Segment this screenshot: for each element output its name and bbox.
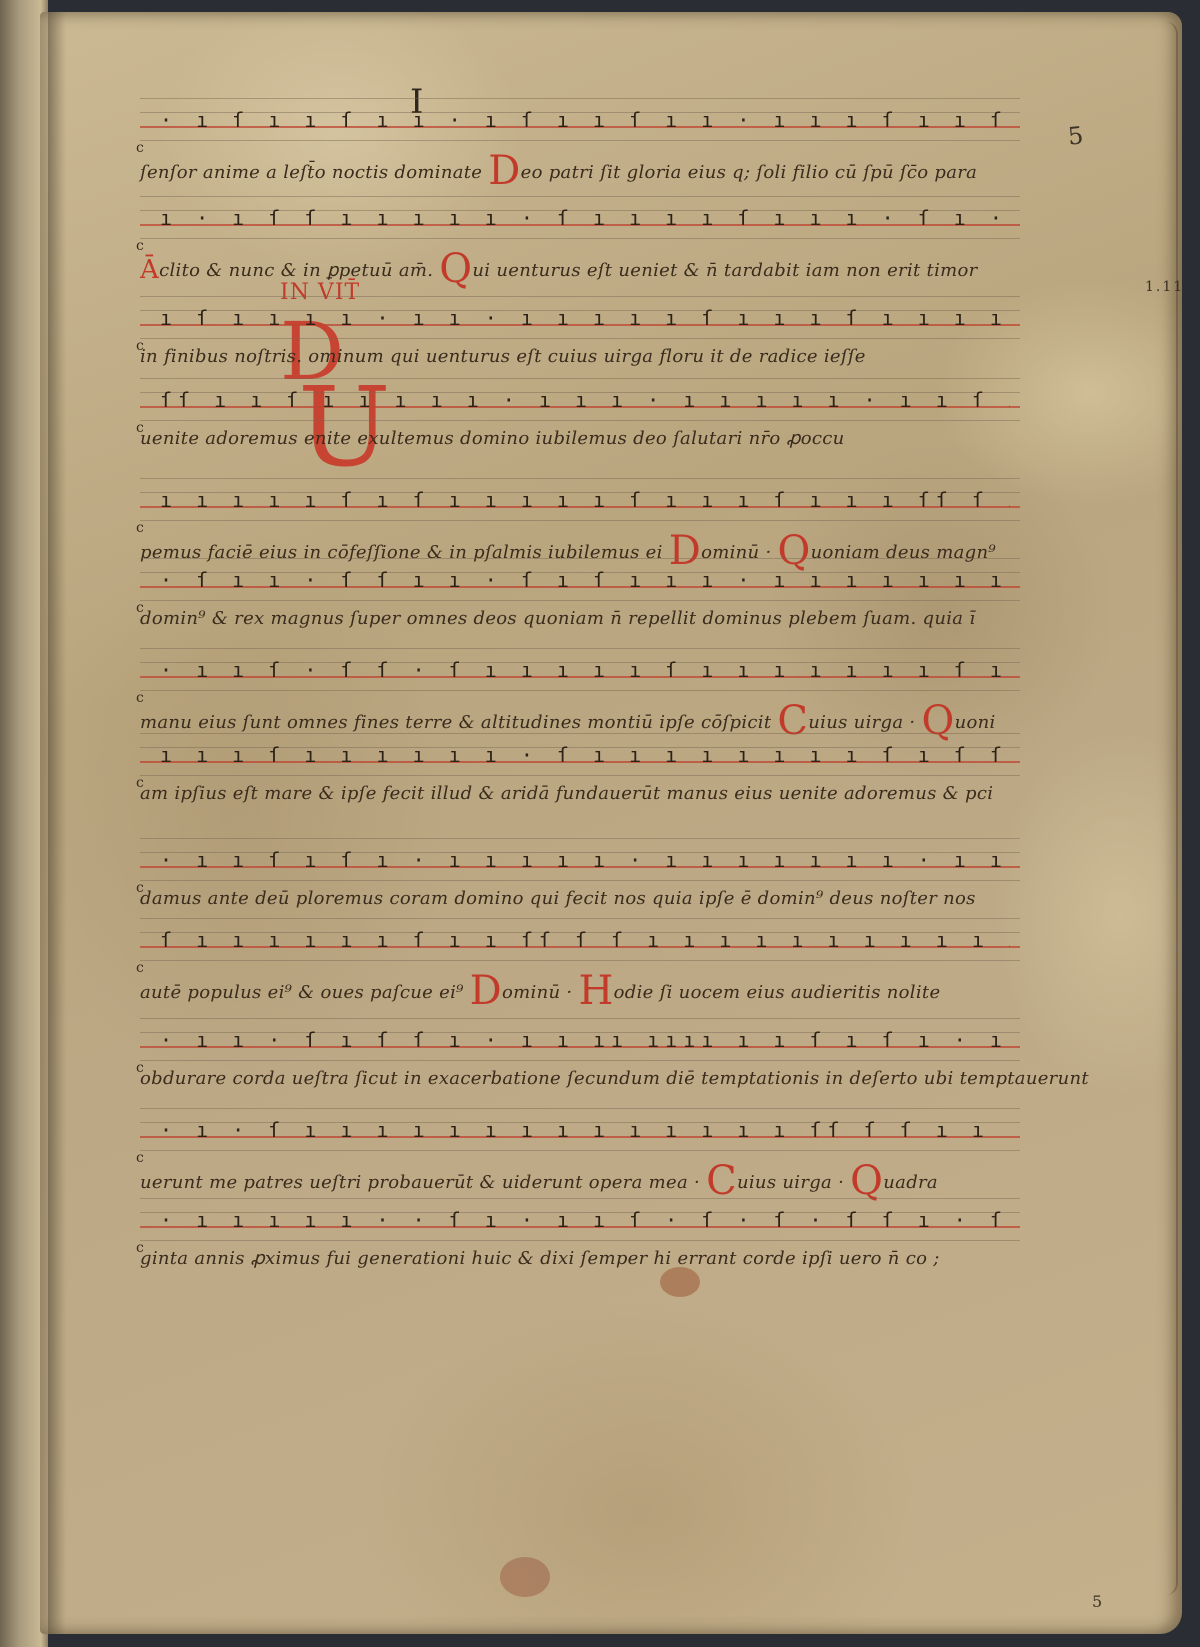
staff-line [140, 1018, 1020, 1019]
staff-line [140, 1240, 1020, 1241]
staff-line [140, 690, 1020, 691]
staff-system: cı ı ı ı ı ſ ı ſ ı ı ı ı ı ſ ı ı ı ſ ı ı… [140, 470, 1020, 560]
gutter-shadow [48, 12, 66, 1634]
neume-notation: · ı ſ ı ı ſ ı ı · ı ſ ı ı ſ ı ı · ı ı ı … [160, 108, 1010, 132]
lyric-text: autē populus ei⁹ & oues paſcue ei⁹ Domin… [140, 968, 1020, 1014]
lyric-segment: ui uenturus eſt ueniet & n̄ tardabit iam… [472, 260, 977, 281]
neume-notation: · ı · ſ ı ı ı ı ı ı ı ı ı ı ı ı ı ı ſſ ſ… [160, 1118, 1010, 1142]
stain [500, 1557, 550, 1597]
neume-notation: · ı ı ſ · ſ ſ · ſ ı ı ı ı ı ſ ı ı ı ı ı … [160, 658, 1010, 682]
lyric-segment: enite exultemus domino iubilemus deo ſal… [304, 428, 845, 449]
lyric-segment: uenite adoremus [140, 428, 304, 449]
staff-line [140, 775, 1020, 776]
neume-notation: · ſ ı ı · ſ ſ ı ı · ſ ı ſ ı ı ı · ı ı ı … [160, 568, 1010, 592]
lyric-text: in finibus noſtris. ominum qui uenturus … [140, 346, 1020, 367]
lyric-segment: eo patri ſit gloria eius q; ſoli filio c… [521, 162, 978, 183]
staff-line [140, 558, 1020, 559]
staff-line [140, 420, 1020, 421]
staff-line [140, 478, 1020, 479]
lyric-segment: ominū · [502, 982, 578, 1003]
staff-line [140, 196, 1020, 197]
initial-letter: Ā [140, 255, 159, 285]
staff-system: cı ſ ı ı ı ı · ı ı · ı ı ı ı ı ſ ı ı ı ſ… [140, 288, 1020, 378]
staff-line [140, 1108, 1020, 1109]
page-edge [1166, 22, 1178, 1595]
staff-line [140, 733, 1020, 734]
lyric-text: Āclito & nunc & in ꝑpetuū am̄. Qui uentu… [140, 246, 1020, 292]
manuscript-page: 5 5 1.11. I IN VIT̄ D U c· ı ſ ı ı ſ ı ı… [40, 12, 1182, 1634]
lyric-text: domin⁹ & rex magnus ſuper omnes deos quo… [140, 608, 1020, 629]
staff-line [140, 98, 1020, 99]
neume-notation: ı · ı ſ ſ ı ı ı ı ı · ſ ı ı ı ı ſ ı ı ı … [160, 206, 1010, 230]
staff-system: cı ı ı ſ ı ı ı ı ı ı · ſ ı ı ı ı ı ı ı ı… [140, 725, 1020, 815]
staff-system: c· ı ı ſ ı ſ ı · ı ı ı ı ı · ı ı ı ı ı ı… [140, 830, 1020, 920]
neume-notation: ı ſ ı ı ı ı · ı ı · ı ı ı ı ı ſ ı ı ı ſ … [160, 306, 1010, 330]
neume-notation: ſ ı ı ı ı ı ı ſ ı ı ſſ ſ ſ ı ı ı ı ı ı ı… [160, 928, 1010, 952]
staff-system: cſſ ı ı ſ ı ı ı ı ı · ı ı ı · ı ı ı ı ı … [140, 370, 1020, 460]
staff-line [140, 140, 1020, 141]
lyric-text: obdurare corda ueſtra ſicut in exacerbat… [140, 1068, 1020, 1089]
lyric-text: damus ante deū ploremus coram domino qui… [140, 888, 1020, 909]
staff-system: cſ ı ı ı ı ı ı ſ ı ı ſſ ſ ſ ı ı ı ı ı ı … [140, 910, 1020, 1000]
lyric-segment: domin⁹ & rex magnus ſuper omnes deos quo… [140, 608, 975, 629]
neume-notation: ı ı ı ı ı ſ ı ſ ı ı ı ı ı ſ ı ı ı ſ ı ı … [160, 488, 1010, 512]
pencil-annotation: 1.11. [1145, 279, 1191, 295]
neume-notation: ı ı ı ſ ı ı ı ı ı ı · ſ ı ı ı ı ı ı ı ı … [160, 743, 1010, 767]
initial-letter: D [470, 968, 502, 1014]
staff-line [140, 600, 1020, 601]
staff-line [140, 918, 1020, 919]
neume-notation: · ı ı · ſ ı ſ ſ ı · ı ı ıı ıııı ı ı ſ ı … [160, 1028, 1010, 1052]
initial-letter: H [578, 968, 613, 1014]
staff-line [140, 1060, 1020, 1061]
neume-notation: · ı ı ſ ı ſ ı · ı ı ı ı ı · ı ı ı ı ı ı … [160, 848, 1010, 872]
staff-line [140, 1150, 1020, 1151]
staff-line [140, 338, 1020, 339]
staff-system: c· ı ſ ı ı ſ ı ı · ı ſ ı ı ſ ı ı · ı ı ı… [140, 90, 1020, 180]
folio-number-bottom: 5 [1092, 1592, 1102, 1611]
staff-system: c· ı ı ſ · ſ ſ · ſ ı ı ı ı ı ſ ı ı ı ı ı… [140, 640, 1020, 730]
lyric-text: ginta annis ꝓximus fui generationi huic … [140, 1248, 1020, 1269]
staff-line [140, 296, 1020, 297]
staff-line [140, 378, 1020, 379]
staff-line [140, 238, 1020, 239]
folio-number-top: 5 [1067, 121, 1085, 150]
staff-system: c· ſ ı ı · ſ ſ ı ı · ſ ı ſ ı ı ı · ı ı ı… [140, 550, 1020, 640]
lyric-segment: in finibus noſtris. [140, 346, 308, 367]
lyric-segment: odie ſi uocem eius audieritis nolite [614, 982, 941, 1003]
staff-line [140, 520, 1020, 521]
lyric-segment: clito & nunc & in ꝑpetuū am̄. [159, 260, 439, 281]
lyric-segment: damus ante deū ploremus coram domino qui… [140, 888, 976, 909]
staff-system: c· ı ı · ſ ı ſ ſ ı · ı ı ıı ıııı ı ı ſ ı… [140, 1010, 1020, 1100]
staff-line [140, 648, 1020, 649]
lyric-segment: am ipſius eſt mare & ipſe fecit illud & … [140, 783, 993, 804]
neume-notation: · ı ı ı ı ı · · ſ ı · ı ı ſ · ſ · ſ · ſ … [160, 1208, 1010, 1232]
lyric-segment: ſenſor anime a leſt̄o noctis dominate [140, 162, 488, 183]
staff-system: c· ı · ſ ı ı ı ı ı ı ı ı ı ı ı ı ı ı ſſ … [140, 1100, 1020, 1190]
staff-line [140, 1198, 1020, 1199]
neume-notation: ſſ ı ı ſ ı ı ı ı ı · ı ı ı · ı ı ı ı ı ·… [160, 388, 1010, 412]
lyric-segment: obdurare corda ueſtra ſicut in exacerbat… [140, 1068, 1089, 1089]
lyric-segment: autē populus ei⁹ & oues paſcue ei⁹ [140, 982, 470, 1003]
lyric-segment: ginta annis ꝓximus fui generationi huic … [140, 1248, 940, 1269]
initial-letter: Q [439, 246, 472, 292]
staff-system: cı · ı ſ ſ ı ı ı ı ı · ſ ı ı ı ı ſ ı ı ı… [140, 188, 1020, 278]
lyric-segment: ominum qui uenturus eſt cuius uirga flor… [308, 346, 865, 367]
staff-line [140, 838, 1020, 839]
lyric-text: uenite adoremus enite exultemus domino i… [140, 428, 1020, 449]
staff-line [140, 880, 1020, 881]
staff-system: c· ı ı ı ı ı · · ſ ı · ı ı ſ · ſ · ſ · ſ… [140, 1190, 1020, 1280]
staff-line [140, 960, 1020, 961]
lyric-text: am ipſius eſt mare & ipſe fecit illud & … [140, 783, 1020, 804]
